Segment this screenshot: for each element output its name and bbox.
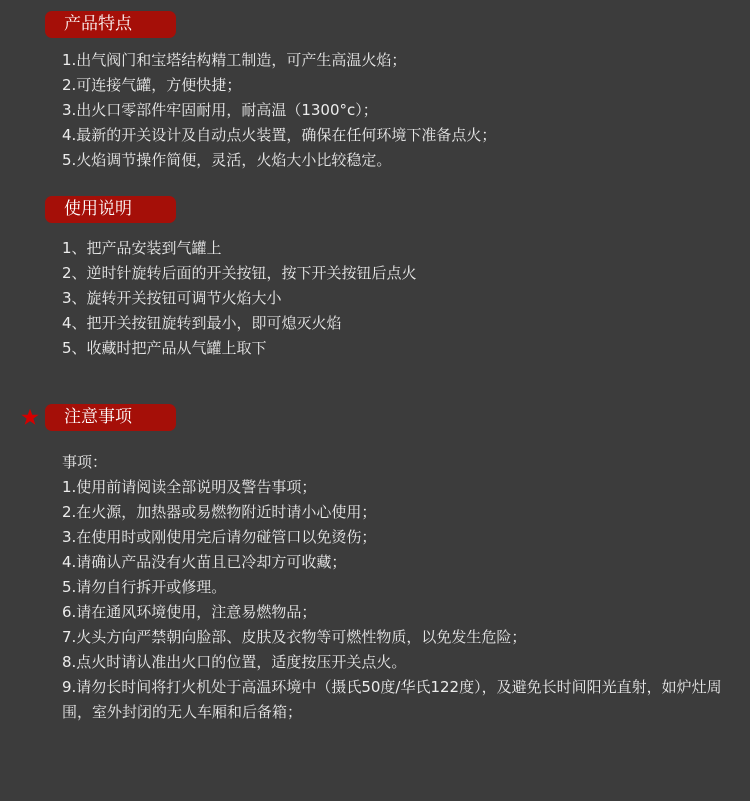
- features-list: 1.出气阀门和宝塔结构精工制造，可产生高温火焰； 2.可连接气罐，方便快捷； 3…: [62, 48, 496, 173]
- list-item: 6.请在通风环境使用，注意易燃物品；: [62, 600, 732, 625]
- list-item: 2.可连接气罐，方便快捷；: [62, 73, 496, 98]
- list-item: 1、把产品安装到气罐上: [62, 236, 417, 261]
- instructions-list: 1、把产品安装到气罐上 2、逆时针旋转后面的开关按钮，按下开关按钮后点火 3、旋…: [62, 236, 417, 361]
- list-item: 5.请勿自行拆开或修理。: [62, 575, 732, 600]
- list-item: 5、收藏时把产品从气罐上取下: [62, 336, 417, 361]
- list-item: 1.出气阀门和宝塔结构精工制造，可产生高温火焰；: [62, 48, 496, 73]
- list-item: 9.请勿长时间将打火机处于高温环境中（摄氏50度/华氏122度），及避免长时间阳…: [62, 675, 732, 725]
- list-item: 4.请确认产品没有火苗且已冷却方可收藏；: [62, 550, 732, 575]
- list-item: 2、逆时针旋转后面的开关按钮，按下开关按钮后点火: [62, 261, 417, 286]
- list-item: 8.点火时请认准出火口的位置，适度按压开关点火。: [62, 650, 732, 675]
- list-item: 7.火头方向严禁朝向脸部、皮肤及衣物等可燃性物质，以免发生危险；: [62, 625, 732, 650]
- section-title-instructions: 使用说明: [45, 196, 176, 223]
- star-icon: [21, 408, 39, 426]
- list-item: 3、旋转开关按钮可调节火焰大小: [62, 286, 417, 311]
- list-item: 4、把开关按钮旋转到最小，即可熄灭火焰: [62, 311, 417, 336]
- list-item: 1.使用前请阅读全部说明及警告事项；: [62, 475, 732, 500]
- list-item: 5.火焰调节操作简便，灵活，火焰大小比较稳定。: [62, 148, 496, 173]
- list-item: 2.在火源，加热器或易燃物附近时请小心使用；: [62, 500, 732, 525]
- section-title-precautions: 注意事项: [45, 404, 176, 431]
- section-title-features: 产品特点: [45, 11, 176, 38]
- list-item: 事项：: [62, 450, 732, 475]
- list-item: 4.最新的开关设计及自动点火装置，确保在任何环境下准备点火；: [62, 123, 496, 148]
- precautions-list: 事项： 1.使用前请阅读全部说明及警告事项； 2.在火源，加热器或易燃物附近时请…: [62, 450, 732, 725]
- list-item: 3.出火口零部件牢固耐用，耐高温（1300°c）；: [62, 98, 496, 123]
- list-item: 3.在使用时或刚使用完后请勿碰管口以免烫伤；: [62, 525, 732, 550]
